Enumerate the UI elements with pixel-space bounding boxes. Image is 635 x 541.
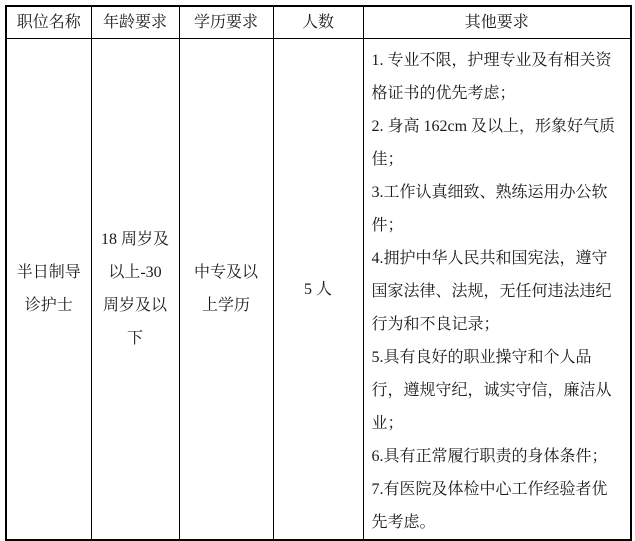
table-row: 半日制导诊护士 18 周岁及以上-30 周岁及以下 中专及以上学历 5 人 1.… bbox=[6, 39, 631, 541]
header-position: 职位名称 bbox=[6, 6, 91, 39]
header-other-requirements: 其他要求 bbox=[363, 6, 631, 39]
cell-position: 半日制导诊护士 bbox=[6, 39, 91, 541]
requirement-item: 7.有医院及体检中心工作经验者优先考虑。 bbox=[372, 473, 623, 539]
cell-count: 5 人 bbox=[273, 39, 363, 541]
requirement-item: 6.具有正常履行职责的身体条件； bbox=[372, 440, 623, 473]
cell-education: 中专及以上学历 bbox=[179, 39, 273, 541]
requirement-item: 4.拥护中华人民共和国宪法，遵守国家法律、法规，无任何违法违纪行为和不良记录； bbox=[372, 242, 623, 341]
table-header-row: 职位名称 年龄要求 学历要求 人数 其他要求 bbox=[6, 6, 631, 39]
cell-age: 18 周岁及以上-30 周岁及以下 bbox=[91, 39, 179, 541]
cell-other-requirements: 1. 专业不限，护理专业及有相关资格证书的优先考虑； 2. 身高 162cm 及… bbox=[363, 39, 631, 541]
header-count: 人数 bbox=[273, 6, 363, 39]
requirement-item: 5.具有良好的职业操守和个人品行，遵规守纪，诚实守信，廉洁从业； bbox=[372, 341, 623, 440]
header-age: 年龄要求 bbox=[91, 6, 179, 39]
requirement-item: 3.工作认真细致、熟练运用办公软件； bbox=[372, 176, 623, 242]
requirement-item: 2. 身高 162cm 及以上，形象好气质佳； bbox=[372, 110, 623, 176]
requirement-item: 1. 专业不限，护理专业及有相关资格证书的优先考虑； bbox=[372, 44, 623, 110]
document-page: 职位名称 年龄要求 学历要求 人数 其他要求 半日制导诊护士 18 周岁及以上-… bbox=[0, 0, 635, 523]
header-education: 学历要求 bbox=[179, 6, 273, 39]
job-requirements-table: 职位名称 年龄要求 学历要求 人数 其他要求 半日制导诊护士 18 周岁及以上-… bbox=[5, 5, 632, 541]
